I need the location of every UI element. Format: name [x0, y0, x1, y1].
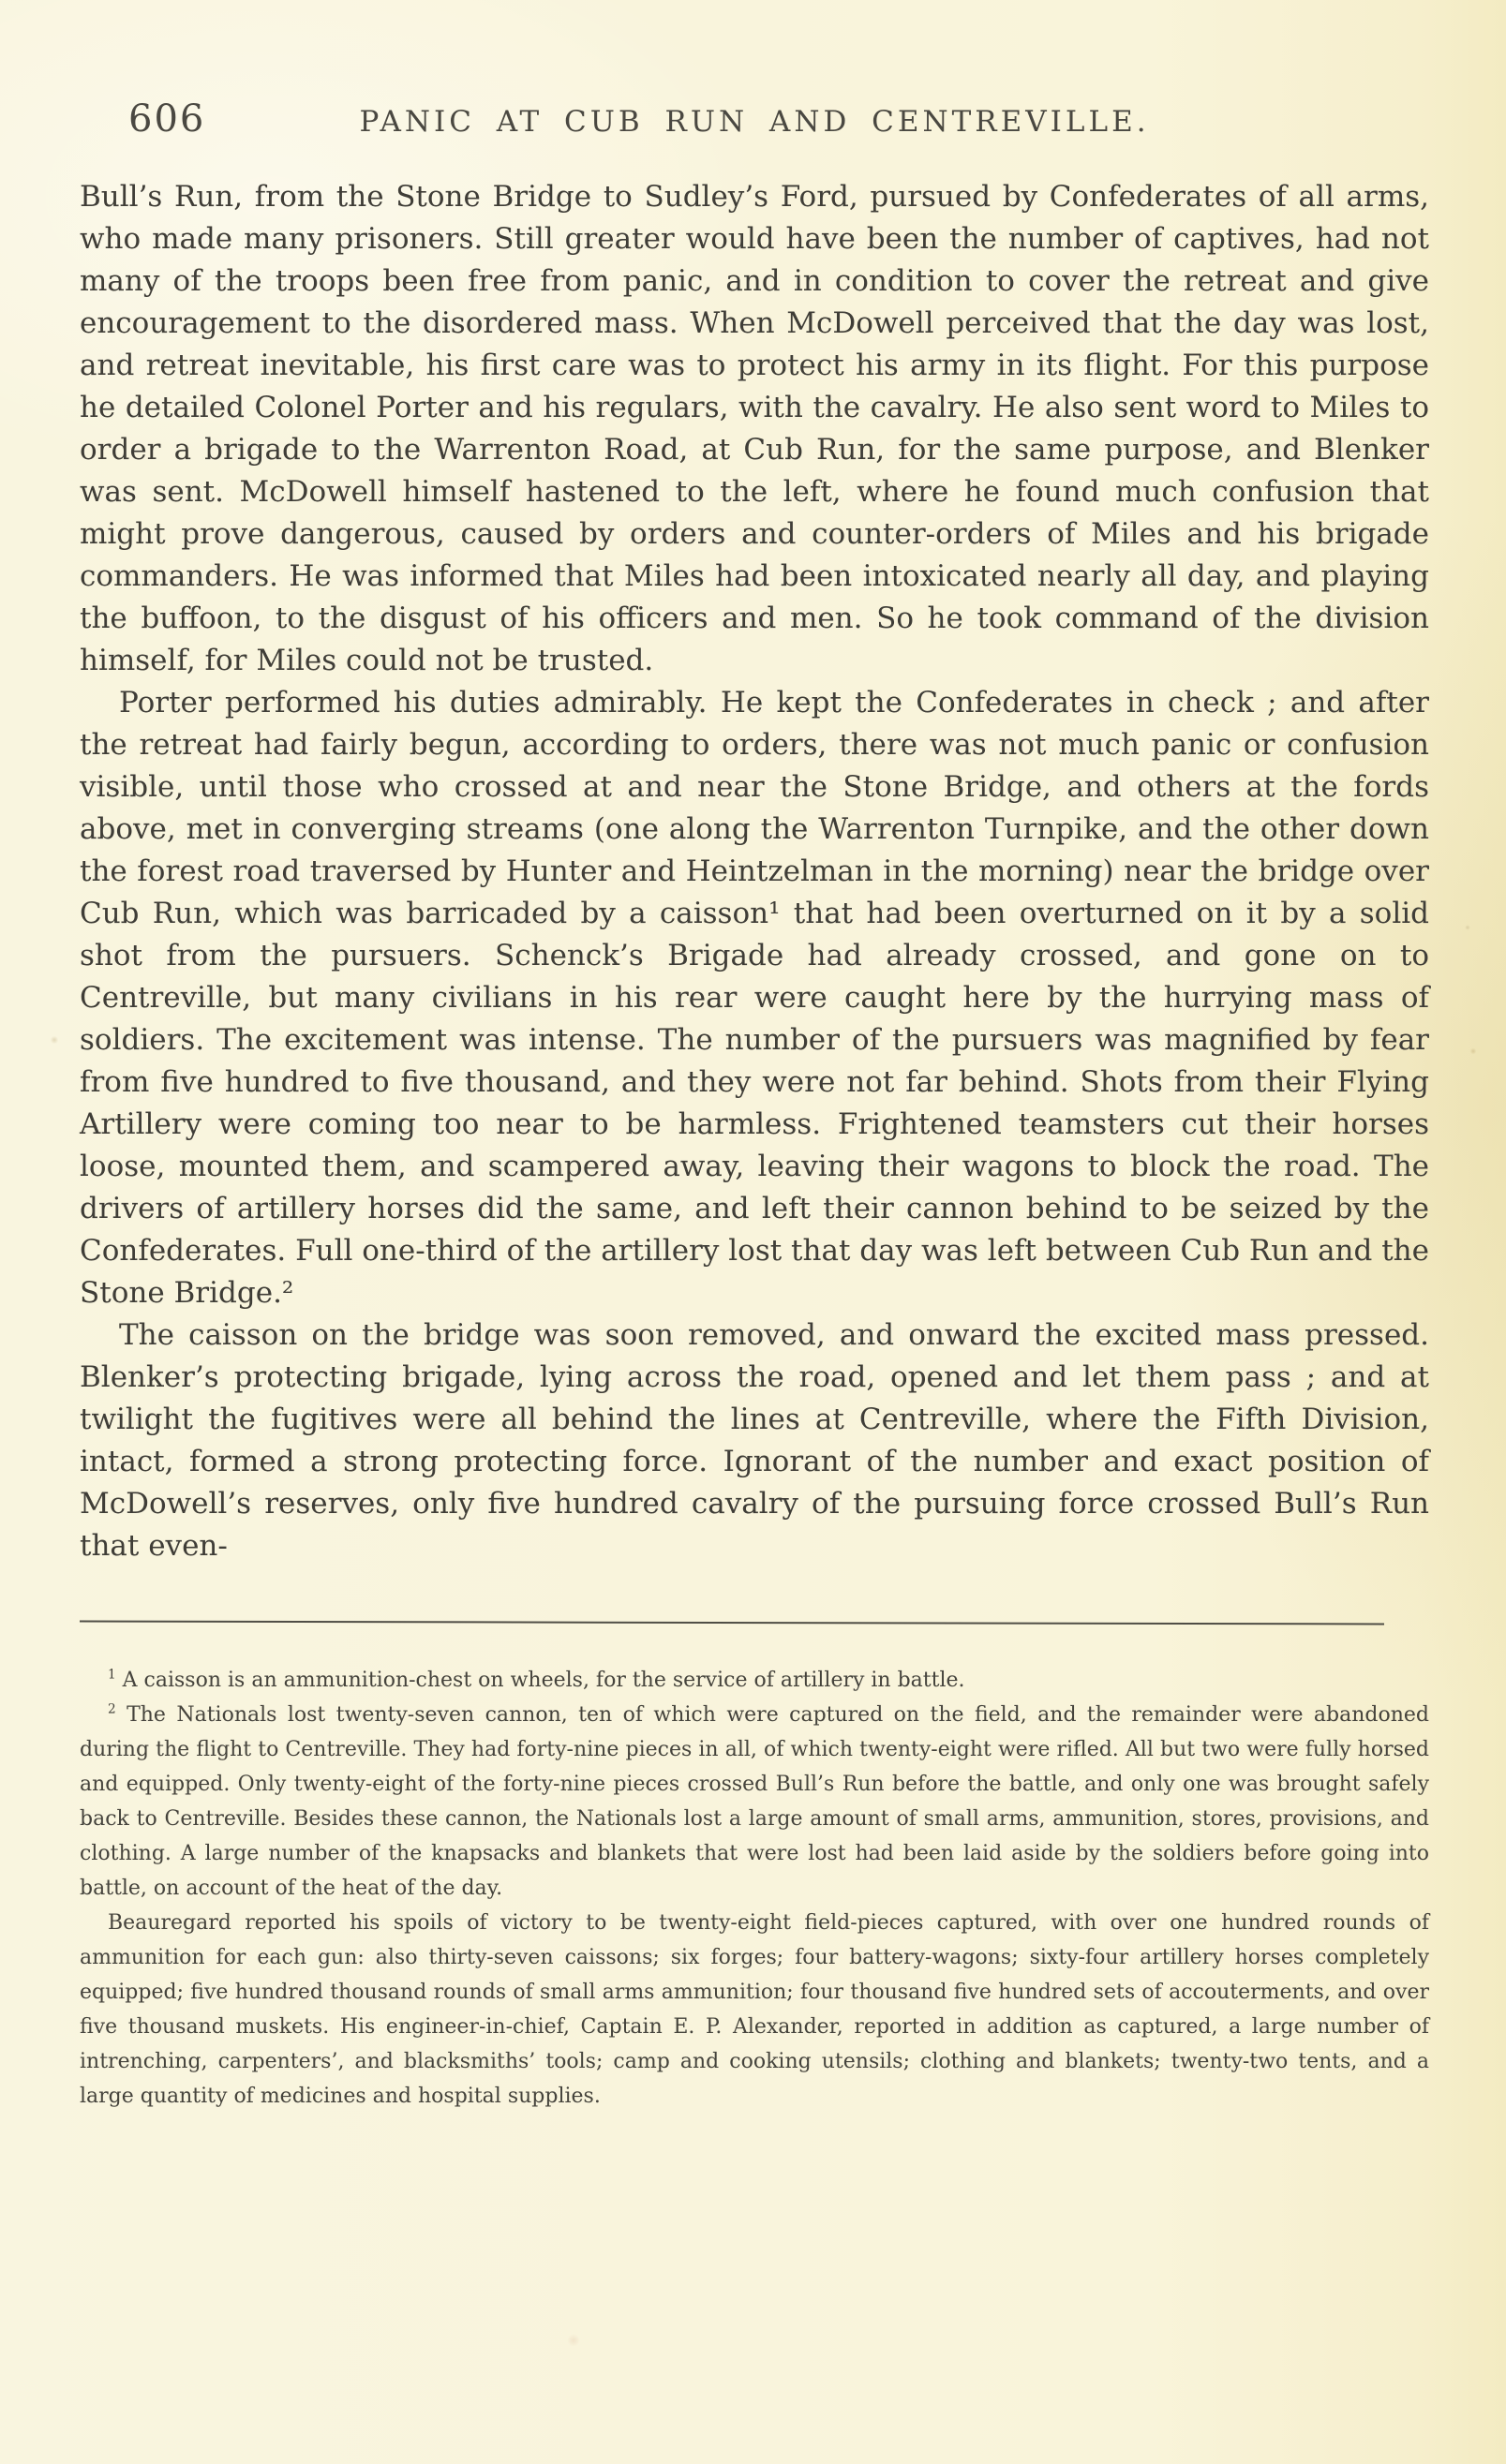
footnote-1-marker: 1: [108, 1668, 116, 1683]
paragraph-continuation: Bull’s Run, from the Stone Bridge to Sud…: [80, 176, 1429, 682]
footnote-2: 2 The Nationals lost twenty-seven cannon…: [80, 1698, 1429, 1906]
paragraph: The caisson on the bridge was soon remov…: [80, 1314, 1429, 1567]
page-number: 606: [80, 97, 314, 141]
footnote-2-continued-text: Beauregard reported his spoils of victor…: [80, 1911, 1429, 2108]
footnote-2-continued: Beauregard reported his spoils of victor…: [80, 1906, 1429, 2114]
footnote-2-marker: 2: [108, 1702, 116, 1717]
footnote-1: 1 A caisson is an ammunition-chest on wh…: [80, 1663, 1429, 1698]
footnotes: 1 A caisson is an ammunition-chest on wh…: [80, 1663, 1429, 2114]
paragraph: Porter performed his duties admirably. H…: [80, 682, 1429, 1314]
body-text: Bull’s Run, from the Stone Bridge to Sud…: [80, 176, 1429, 1567]
footnote-separator: [80, 1621, 1384, 1625]
running-title: PANIC AT CUB RUN AND CENTREVILLE.: [314, 105, 1195, 139]
text-block: 606 PANIC AT CUB RUN AND CENTREVILLE. Bu…: [80, 0, 1429, 2114]
book-page: 606 PANIC AT CUB RUN AND CENTREVILLE. Bu…: [0, 0, 1506, 2464]
footnote-1-text: A caisson is an ammunition-chest on whee…: [116, 1669, 965, 1692]
footnote-2-text: The Nationals lost twenty-seven cannon, …: [80, 1703, 1429, 1900]
running-head: 606 PANIC AT CUB RUN AND CENTREVILLE.: [80, 97, 1429, 142]
